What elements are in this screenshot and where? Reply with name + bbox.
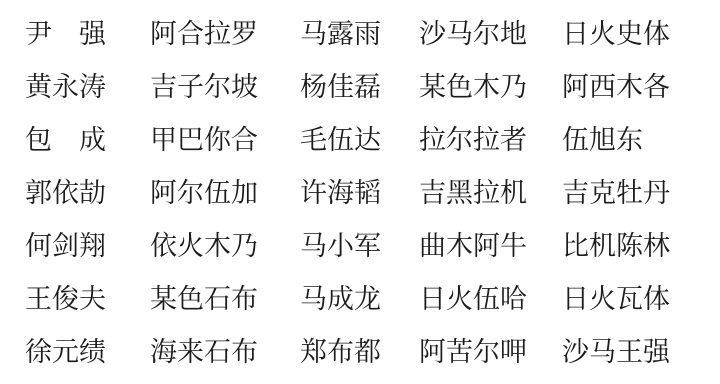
name-cell: 某色木乃 — [419, 61, 562, 114]
name-cell: 吉黑拉机 — [419, 167, 562, 220]
document-page: 尹 强阿合拉罗马露雨沙马尔地日火史体黄永涛吉子尔坡杨佳磊某色木乃阿西木各包 成甲… — [0, 0, 720, 384]
name-cell: 杨佳磊 — [300, 61, 419, 114]
name-cell: 伍旭东 — [562, 114, 720, 167]
name-cell: 阿尔伍加 — [150, 167, 300, 220]
name-cell: 马成龙 — [300, 273, 419, 326]
name-cell: 尹 强 — [25, 8, 150, 61]
name-cell: 何剑翔 — [25, 220, 150, 273]
name-cell: 吉克牡丹 — [562, 167, 720, 220]
name-cell: 黄永涛 — [25, 61, 150, 114]
name-cell: 马露雨 — [300, 8, 419, 61]
name-cell: 马小军 — [300, 220, 419, 273]
name-cell: 郑布都 — [300, 326, 419, 379]
name-cell: 依火木乃 — [150, 220, 300, 273]
name-cell: 日火瓦体 — [562, 273, 720, 326]
name-cell: 沙马王强 — [562, 326, 720, 379]
name-cell: 郭依劼 — [25, 167, 150, 220]
name-cell: 沙马尔地 — [419, 8, 562, 61]
name-cell: 阿西木各 — [562, 61, 720, 114]
name-grid: 尹 强阿合拉罗马露雨沙马尔地日火史体黄永涛吉子尔坡杨佳磊某色木乃阿西木各包 成甲… — [0, 0, 720, 379]
name-cell: 拉尔拉者 — [419, 114, 562, 167]
name-cell: 甲巴你合 — [150, 114, 300, 167]
name-cell: 阿苦尔呷 — [419, 326, 562, 379]
name-cell: 毛伍达 — [300, 114, 419, 167]
name-cell: 阿合拉罗 — [150, 8, 300, 61]
name-cell: 某色石布 — [150, 273, 300, 326]
name-cell: 王俊夫 — [25, 273, 150, 326]
name-cell: 包 成 — [25, 114, 150, 167]
name-cell: 日火史体 — [562, 8, 720, 61]
name-cell: 曲木阿牛 — [419, 220, 562, 273]
name-cell: 吉子尔坡 — [150, 61, 300, 114]
name-cell: 海来石布 — [150, 326, 300, 379]
name-cell: 比机陈林 — [562, 220, 720, 273]
name-cell: 许海韬 — [300, 167, 419, 220]
name-cell: 日火伍哈 — [419, 273, 562, 326]
name-cell: 徐元绩 — [25, 326, 150, 379]
